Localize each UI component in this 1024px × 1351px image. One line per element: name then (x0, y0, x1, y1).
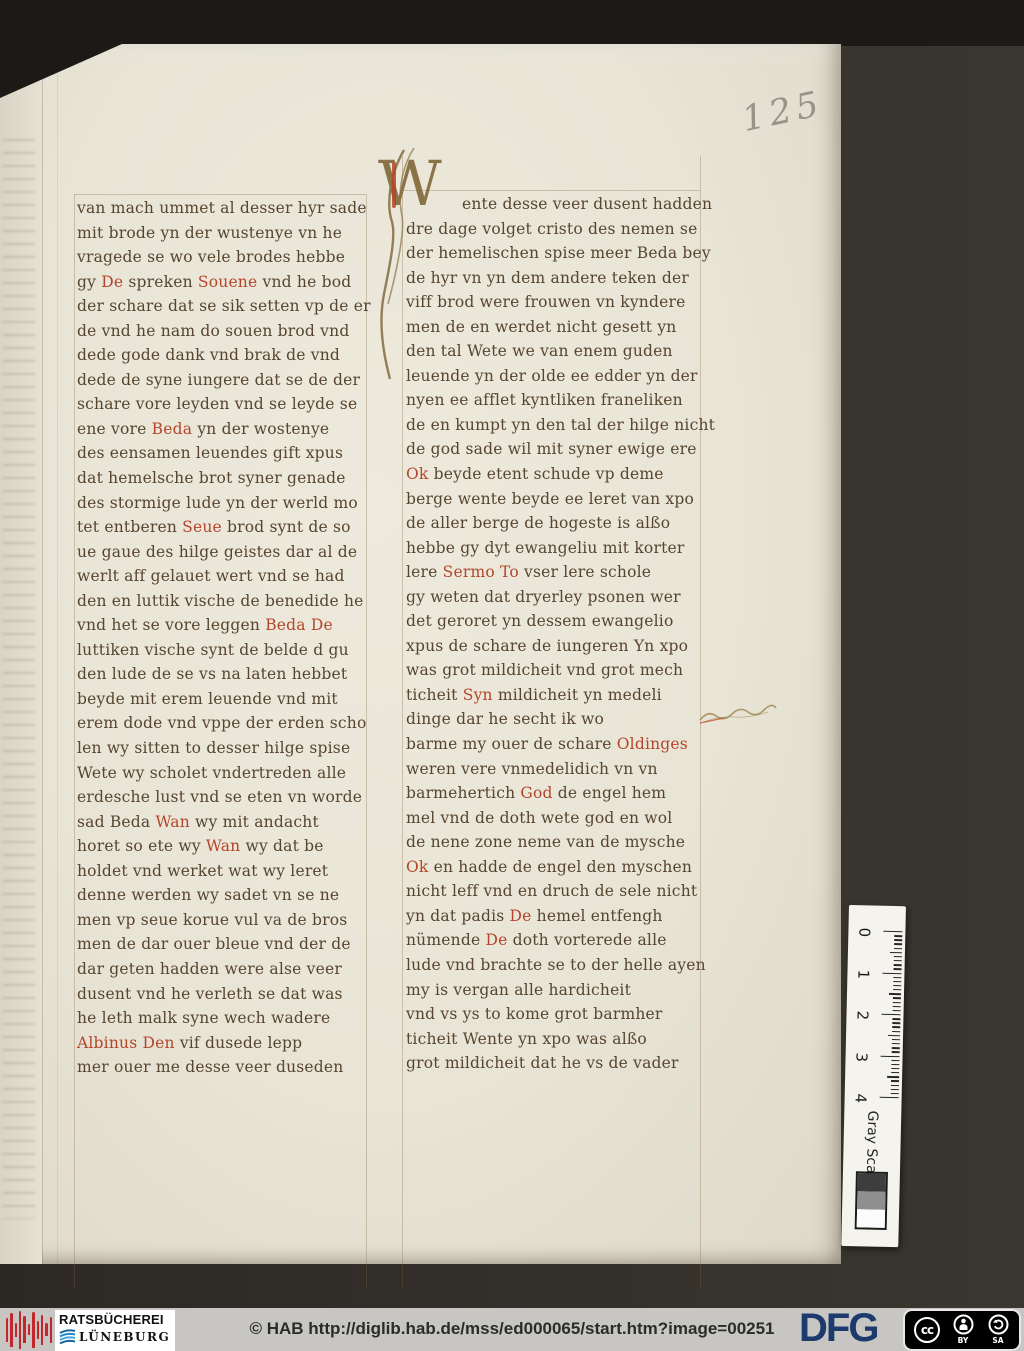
manuscript-line: vragede se wo vele brodes hebbe (77, 245, 377, 270)
manuscript-line: erem dode vnd vppe der erden scho (77, 711, 377, 736)
ruler-tick (891, 1064, 899, 1066)
manuscript-line: mit brode yn der wustenye vn he (77, 221, 377, 246)
manuscript-line: van mach ummet al desser hyr sade (77, 196, 377, 221)
ruler-number: 3 (852, 1049, 870, 1065)
ruler-tick (891, 1068, 899, 1070)
footer-bar: RATSBÜCHEREI LÜNEBURG © HAB http://digli… (0, 1308, 1024, 1351)
manuscript-line: Ok en hadde de engel den myschen (406, 855, 706, 880)
manuscript-line: dre dage volget cristo des nemen se (406, 217, 706, 242)
text-column-right: ente desse veer dusent haddendre dage vo… (406, 192, 706, 1076)
ruler-tick (892, 1026, 900, 1028)
ruler-tick (880, 1097, 899, 1099)
ruler-tick (892, 1039, 900, 1041)
ruler-tick (892, 1051, 900, 1053)
manuscript-line: des eensamen leuendes gift xpus (77, 441, 377, 466)
ruler-tick (894, 939, 902, 941)
manuscript-line: det geroret yn dessem ewangelio (406, 609, 706, 634)
gray-scale-swatch (857, 1191, 885, 1210)
manuscript-line: barme my ouer de schare Oldinges (406, 732, 706, 757)
ruler-tick (892, 1043, 900, 1045)
manuscript-line: de god sade wil mit syner ewige ere (406, 437, 706, 462)
manuscript-line: dar geten hadden were alse veer (77, 957, 377, 982)
manuscript-line: ene vore Beda yn der wostenye (77, 417, 377, 442)
ruler-tick (893, 1010, 901, 1012)
manuscript-line: ue gaue des hilge geistes dar al de (77, 540, 377, 565)
ruler-tick (891, 1072, 899, 1074)
manuscript-line: de nene zone neme van de mysche (406, 830, 706, 855)
ruler-tick (894, 960, 902, 962)
manuscript-line: men vp seue korue vul va de bros (77, 908, 377, 933)
manuscript-line: denne werden wy sadet vn se ne (77, 883, 377, 908)
ruler-tick (894, 935, 902, 937)
manuscript-line: Wete wy scholet vndertreden alle (77, 761, 377, 786)
ruler-tick (894, 956, 902, 958)
by-label: BY (958, 1336, 969, 1345)
ruler-tick (892, 1031, 900, 1033)
manuscript-line: horet so ete wy Wan wy dat be (77, 834, 377, 859)
manuscript-page: 125 van mach ummet al desser hyr sademit… (0, 44, 841, 1264)
manuscript-scan-photo: 125 van mach ummet al desser hyr sademit… (0, 0, 1024, 1351)
manuscript-line: den tal Wete we van enem guden (406, 339, 706, 364)
ruler-tick (890, 952, 902, 954)
ruler-tick (893, 985, 901, 987)
manuscript-line: men de en werdet nicht gesett yn (406, 315, 706, 340)
ruler-tick (887, 1076, 899, 1078)
manuscript-line: nümende De doth vorterede alle (406, 928, 706, 953)
manuscript-line: ticheit Wente yn xpo was alßo (406, 1027, 706, 1052)
ruler-tick (881, 1055, 900, 1057)
ruler-tick (893, 1006, 901, 1008)
manuscript-line: des stormige lude yn der werld mo (77, 491, 377, 516)
by-attribution-icon (953, 1314, 974, 1335)
ruler-tick (893, 981, 901, 983)
manuscript-line: yn dat padis De hemel entfengh (406, 904, 706, 929)
manuscript-line: berge wente beyde ee leret van xpo (406, 487, 706, 512)
pencil-page-number: 125 (739, 84, 827, 140)
gray-scale-swatch (858, 1173, 886, 1192)
marginal-flourish (698, 702, 778, 732)
ruler-tick (892, 1022, 900, 1024)
manuscript-line: dat hemelsche brot syner genade (77, 466, 377, 491)
manuscript-line: werlt aff gelauet wert vnd se had (77, 564, 377, 589)
ruling-line (74, 194, 75, 1289)
manuscript-line: dusent vnd he verleth se dat was (77, 982, 377, 1007)
background-top-strip (0, 0, 1024, 46)
ruler-tick (893, 989, 901, 991)
text-column-left: van mach ummet al desser hyr sademit bro… (77, 196, 377, 1080)
ruler-tick (891, 1080, 899, 1082)
manuscript-line: dinge dar he secht ik wo (406, 707, 706, 732)
ruler-tick (883, 931, 902, 933)
manuscript-line: ente desse veer dusent hadden (406, 192, 706, 217)
gray-scale-swatches (855, 1171, 888, 1230)
manuscript-line: Ok beyde etent schude vp deme (406, 462, 706, 487)
dfg-logo: DFG (799, 1306, 877, 1351)
decorated-initial: W (370, 144, 422, 404)
ruler-number: 0 (855, 924, 873, 940)
manuscript-line: den en luttik vische de benedide he (77, 589, 377, 614)
manuscript-line: he leth malk syne wech wadere (77, 1006, 377, 1031)
manuscript-line: Albinus Den vif dusede lepp (77, 1031, 377, 1056)
sa-label: SA (992, 1336, 1003, 1345)
ruler-tick (894, 948, 902, 950)
manuscript-line: de en kumpt yn den tal der hilge nicht (406, 413, 706, 438)
book-gutter (0, 44, 42, 1264)
ruler-tick (892, 1047, 900, 1049)
manuscript-line: de aller berge de hogeste is alßo (406, 511, 706, 536)
manuscript-line: der schare dat se sik setten vp de er (77, 294, 377, 319)
ruler-tick (882, 1014, 901, 1016)
manuscript-line: mel vnd de doth wete god en wol (406, 806, 706, 831)
manuscript-line: xpus de schare de iungeren Yn xpo (406, 634, 706, 659)
manuscript-line: de hyr vn yn dem andere teken der (406, 266, 706, 291)
ruler-tick (893, 977, 901, 979)
gutter-crease (42, 44, 43, 1264)
manuscript-line: erdesche lust vnd se eten vn worde (77, 785, 377, 810)
ruling-line (74, 194, 366, 195)
manuscript-line: de vnd he nam do souen brod vnd (77, 319, 377, 344)
manuscript-line: gy weten dat dryerley psonen wer (406, 585, 706, 610)
manuscript-line: vnd vs ys to kome grot barmher (406, 1002, 706, 1027)
gutter-crease (57, 44, 58, 1264)
manuscript-line: gy De spreken Souene vnd he bod (77, 270, 377, 295)
manuscript-line: der hemelischen spise meer Beda bey (406, 241, 706, 266)
manuscript-line: lere Sermo To vser lere schole (406, 560, 706, 585)
manuscript-line: leuende yn der olde ee edder yn der (406, 364, 706, 389)
ruler-tick (891, 1093, 899, 1095)
ruler-number: 4 (851, 1090, 869, 1106)
manuscript-line: mer ouer me desse veer duseden (77, 1055, 377, 1080)
manuscript-line: nicht leff vnd en druch de sele nicht (406, 879, 706, 904)
ruler-tick (889, 993, 901, 995)
cc-icon: cc (914, 1317, 940, 1343)
ruling-line (402, 190, 700, 191)
manuscript-line: len wy sitten to desser hilge spise (77, 736, 377, 761)
manuscript-line: den lude de se vs na laten hebbet (77, 662, 377, 687)
ruler-tick (888, 1035, 900, 1037)
ruler-tick (892, 1018, 900, 1020)
manuscript-line: vnd het se vore leggen Beda De (77, 613, 377, 638)
manuscript-line: luttiken vische synt de belde d gu (77, 638, 377, 663)
ruler-tick (894, 968, 902, 970)
manuscript-line: dede gode dank vnd brak de vnd (77, 343, 377, 368)
manuscript-line: beyde mit erem leuende vnd mit (77, 687, 377, 712)
measurement-ruler: 01234 Gray Scale (841, 905, 906, 1247)
page-corner-notch (0, 44, 122, 98)
manuscript-line: ticheit Syn mildicheit yn medeli (406, 683, 706, 708)
manuscript-line: dede de syne iungere dat se de der (77, 368, 377, 393)
ruler-tick (893, 1002, 901, 1004)
manuscript-line: weren vere vnmedelidich vn vn (406, 757, 706, 782)
ruler-tick (891, 1089, 899, 1091)
gray-scale-swatch (857, 1209, 885, 1228)
ruler-number: 2 (853, 1007, 871, 1023)
ruler-tick (891, 1060, 899, 1062)
ruler-tick (891, 1085, 899, 1087)
sa-sharealike-icon (988, 1314, 1009, 1335)
manuscript-line: hebbe gy dyt ewangeliu mit korter (406, 536, 706, 561)
manuscript-line: grot mildicheit dat he vs de vader (406, 1051, 706, 1076)
manuscript-line: sad Beda Wan wy mit andacht (77, 810, 377, 835)
manuscript-line: my is vergan alle hardicheit (406, 978, 706, 1003)
ruler-number: 1 (854, 966, 872, 982)
manuscript-line: tet entberen Seue brod synt de so (77, 515, 377, 540)
ruler-tick (894, 964, 902, 966)
ruler-tick (894, 943, 902, 945)
manuscript-line: barmehertich God de engel hem (406, 781, 706, 806)
manuscript-line: lude vnd brachte se to der helle ayen (406, 953, 706, 978)
ruler-tick (893, 997, 901, 999)
cc-license-badge: cc BY SA (903, 1309, 1021, 1351)
manuscript-line: viff brod were frouwen vn kyndere (406, 290, 706, 315)
manuscript-line: was grot mildicheit vnd grot mech (406, 658, 706, 683)
ruler-tick (882, 972, 901, 974)
manuscript-line: nyen ee afflet kyntliken franeliken (406, 388, 706, 413)
manuscript-line: men de dar ouer bleue vnd der de (77, 932, 377, 957)
manuscript-line: schare vore leyden vnd se leyde se (77, 392, 377, 417)
manuscript-line: holdet vnd werket wat wy leret (77, 859, 377, 884)
